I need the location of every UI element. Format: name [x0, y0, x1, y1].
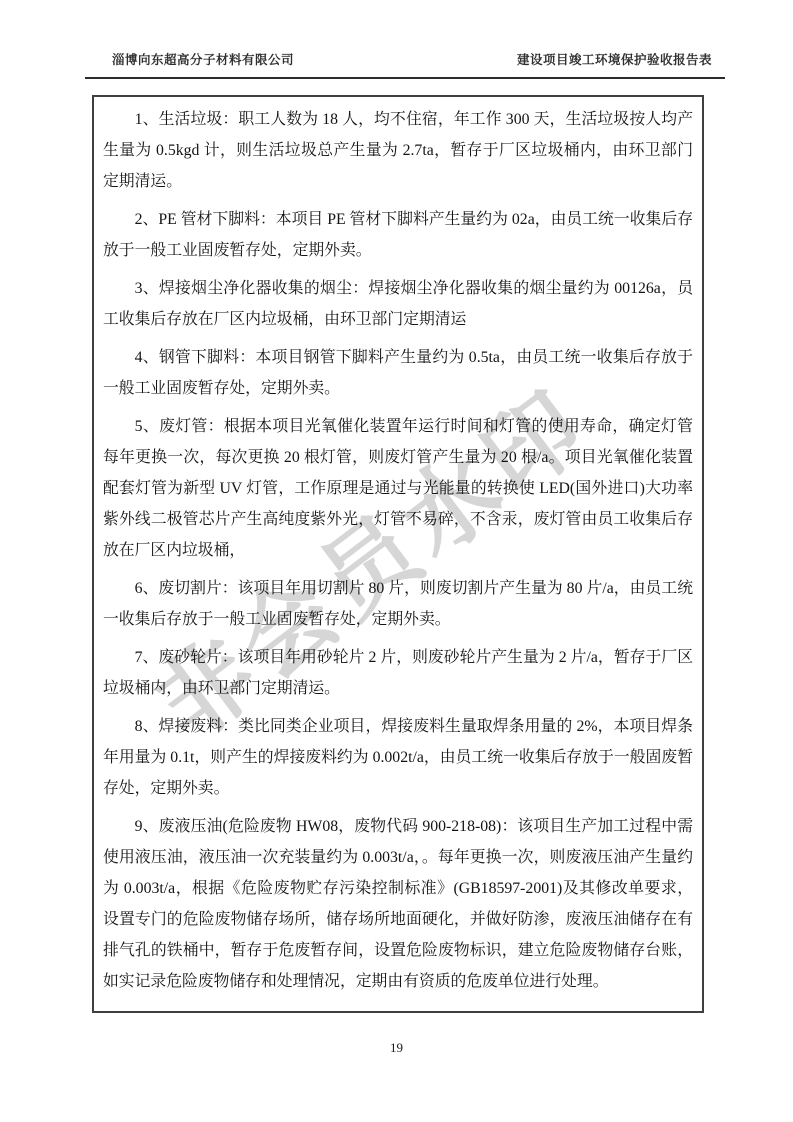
page-footer: 19	[0, 1040, 793, 1056]
paragraph-waste-hydraulic-oil: 9、废液压油(危险废物 HW08，废物代码 900-218-08)：该项目生产加…	[103, 811, 693, 997]
paragraph-welding-fume-dust: 3、焊接烟尘净化器收集的烟尘：焊接烟尘净化器收集的烟尘量约为 00126a，员工…	[103, 273, 693, 335]
document-page: 淄博向东超高分子材料有限公司 建设项目竣工环境保护验收报告表 非会员水印 1、生…	[0, 0, 793, 1122]
paragraph-pe-pipe-scrap: 2、PE 管材下脚料：本项目 PE 管材下脚料产生量约为 02a，由员工统一收集…	[103, 204, 693, 266]
paragraph-welding-waste: 8、焊接废料：类比同类企业项目，焊接废料生量取焊条用量的 2%，本项目焊条年用量…	[103, 711, 693, 804]
header-doc-title: 建设项目竣工环境保护验收报告表	[517, 50, 712, 68]
content-table-cell: 1、生活垃圾：职工人数为 18 人，均不住宿，年工作 300 天，生活垃圾按人均…	[92, 95, 704, 1013]
paragraph-waste-cutting-discs: 6、废切割片：该项目年用切割片 80 片，则废切割片产生量为 80 片/a，由员…	[103, 573, 693, 635]
paragraph-domestic-garbage: 1、生活垃圾：职工人数为 18 人，均不住宿，年工作 300 天，生活垃圾按人均…	[103, 104, 693, 197]
header-divider	[85, 77, 725, 79]
header-company-name: 淄博向东超高分子材料有限公司	[112, 50, 294, 68]
paragraph-steel-pipe-scrap: 4、钢管下脚料：本项目钢管下脚料产生量约为 0.5ta，由员工统一收集后存放于一…	[103, 342, 693, 404]
page-number: 19	[390, 1040, 403, 1055]
page-header: 淄博向东超高分子材料有限公司 建设项目竣工环境保护验收报告表	[112, 50, 712, 68]
paragraph-waste-lamp-tubes: 5、废灯管：根据本项目光氧催化装置年运行时间和灯管的使用寿命，确定灯管每年更换一…	[103, 411, 693, 566]
paragraph-waste-grinding-wheels: 7、废砂轮片：该项目年用砂轮片 2 片，则废砂轮片产生量为 2 片/a，暂存于厂…	[103, 642, 693, 704]
